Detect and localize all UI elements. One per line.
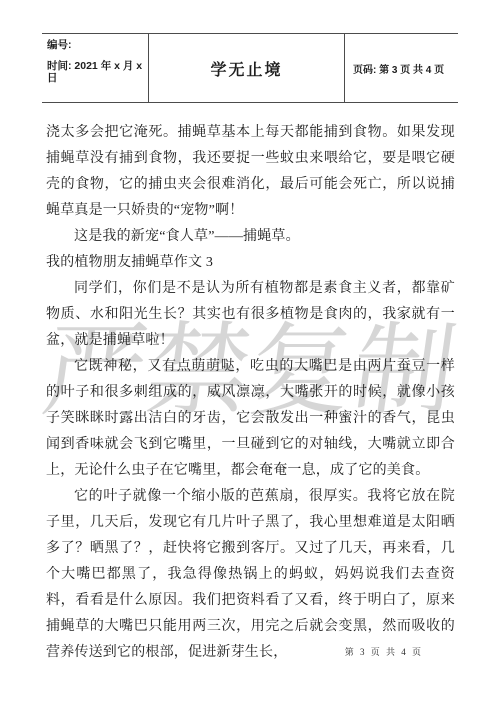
paragraph: 这是我的新宠“食人草”——捕蝇草。	[46, 224, 455, 250]
doc-title: 学无止境	[210, 57, 282, 80]
paragraph: 它既神秘，又有点萌萌哒，吃虫的大嘴巴是由两片蚕豆一样的叶子和很多刺组成的，威风凛…	[46, 354, 455, 484]
doc-number-label: 编号:	[47, 39, 148, 51]
paragraph: 同学们，你们是不是认为所有植物都是素食主义者，都靠矿物质、水和阳光生长？其实也有…	[46, 276, 455, 354]
essay-section-heading: 我的植物朋友捕蝇草作文 3	[46, 250, 455, 276]
header-table: 编号: 时间: 2021 年 x 月 x 日 学无止境 页码: 第 3 页 共 …	[42, 33, 458, 103]
header-cell-meta: 编号: 时间: 2021 年 x 月 x 日	[42, 34, 148, 102]
header-cell-title: 学无止境	[148, 34, 345, 102]
paragraph: 它的叶子就像一个缩小版的芭蕉扇，很厚实。我将它放在院子里，几天后，发现它有几片叶…	[46, 484, 455, 666]
essay-body: 浇太多会把它淹死。捕蝇草基本上每天都能捕到食物。如果发现捕蝇草没有捕到食物，我还…	[46, 120, 455, 666]
page-number-label: 页码: 第 3 页 共 4 页	[353, 61, 444, 76]
doc-date-label: 时间: 2021 年 x 月 x 日	[47, 60, 148, 84]
paragraph-continuation: 浇太多会把它淹死。捕蝇草基本上每天都能捕到食物。如果发现捕蝇草没有捕到食物，我还…	[46, 120, 455, 224]
document-page: 严禁复制 编号: 时间: 2021 年 x 月 x 日 学无止境 页码: 第 3…	[0, 0, 500, 707]
footer-page-number: 第 3 页 共 4 页	[345, 645, 423, 658]
header-cell-page: 页码: 第 3 页 共 4 页	[345, 34, 458, 102]
